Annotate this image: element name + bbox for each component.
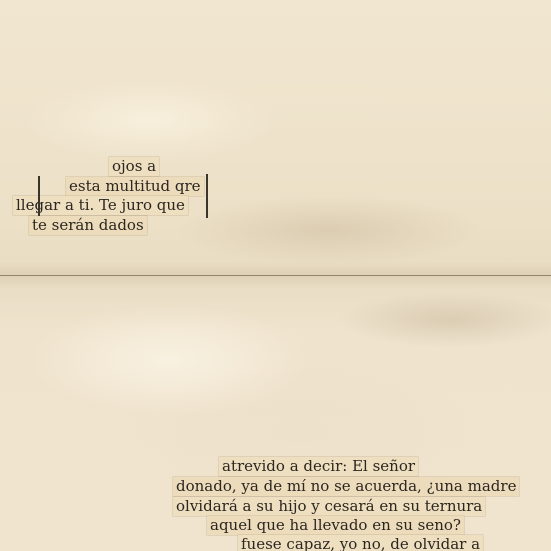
lower-clip-line-5: fuese capaz, yo no, de olvidar a [238,535,483,551]
lower-clip-line-1: atrevido a decir: El señor [219,457,418,476]
fold-line [0,275,551,276]
upper-clip-line-2: esta multitud qre [66,177,204,196]
lower-clip-line-2: donado, ya de mí no se acuerda, ¿una mad… [173,477,519,496]
upper-clip-edge-mark-right [206,174,208,218]
upper-clip-line-1: ojos a [109,157,159,176]
upper-clip-line-4: te serán dados [29,216,147,235]
lower-clip-line-3: olvidará a su hijo y cesará en su ternur… [173,497,485,516]
lower-clip-line-4: aquel que ha llevado en su seno? [207,516,464,535]
upper-clip-edge-mark-left [38,176,40,216]
